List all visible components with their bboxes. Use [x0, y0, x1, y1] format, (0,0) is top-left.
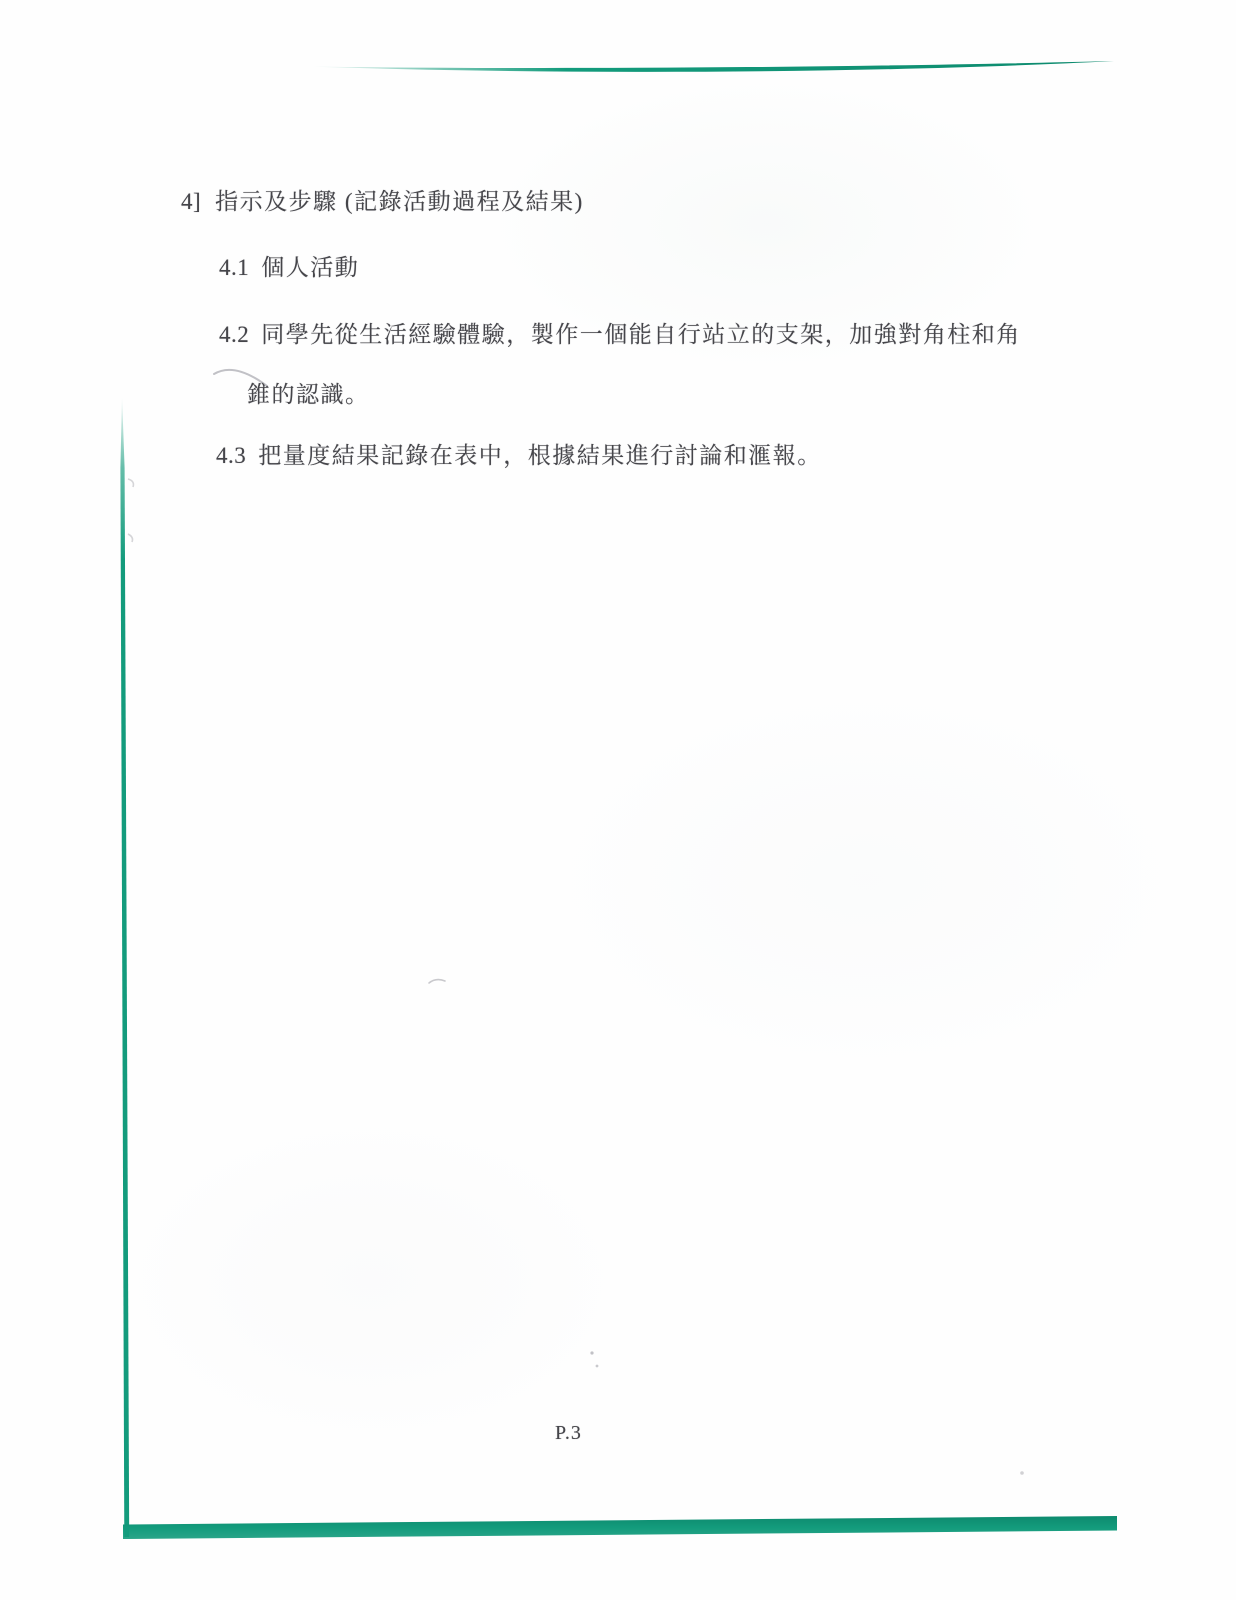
- section-heading-text: 指示及步驟 (記錄活動過程及結果): [215, 189, 584, 214]
- section-heading-number: 4]: [181, 189, 201, 215]
- page-number: P.3: [555, 1422, 582, 1445]
- speckle-dot: [1020, 1471, 1024, 1475]
- speckle-dot: [590, 1351, 593, 1354]
- item-number: 4.3: [216, 443, 246, 469]
- staple-mark: [128, 534, 133, 542]
- scanned-document-page: 4]指示及步驟 (記錄活動過程及結果) 4.1個人活動 4.2同學先從生活經驗體…: [0, 0, 1236, 1600]
- item-text: 把量度結果記錄在表中，根據結果進行討論和滙報。: [258, 443, 822, 468]
- teal-bottom-edge-band: [123, 1516, 1117, 1539]
- instruction-item-4-2: 4.2同學先從生活經驗體驗，製作一個能自行站立的支架，加強對角柱和角: [219, 316, 1021, 349]
- section-heading: 4]指示及步驟 (記錄活動過程及結果): [181, 183, 584, 216]
- item-number: 4.2: [219, 322, 249, 348]
- item-text: 個人活動: [261, 255, 359, 280]
- pencil-mark-tick: [429, 980, 445, 983]
- instruction-item-4-1: 4.1個人活動: [219, 249, 359, 282]
- item-text: 同學先從生活經驗體驗，製作一個能自行站立的支架，加強對角柱和角: [261, 322, 1021, 347]
- teal-left-edge-line: [120, 396, 129, 1537]
- instruction-item-4-3: 4.3把量度結果記錄在表中，根據結果進行討論和滙報。: [216, 437, 822, 470]
- item-number: 4.1: [219, 255, 249, 281]
- teal-top-edge-line: [309, 61, 1114, 72]
- instruction-item-4-2-continuation: 錐的認識。: [247, 376, 370, 409]
- staple-mark: [128, 479, 133, 487]
- scan-edge-overlay: [0, 0, 1236, 1600]
- speckle-dot: [596, 1365, 599, 1368]
